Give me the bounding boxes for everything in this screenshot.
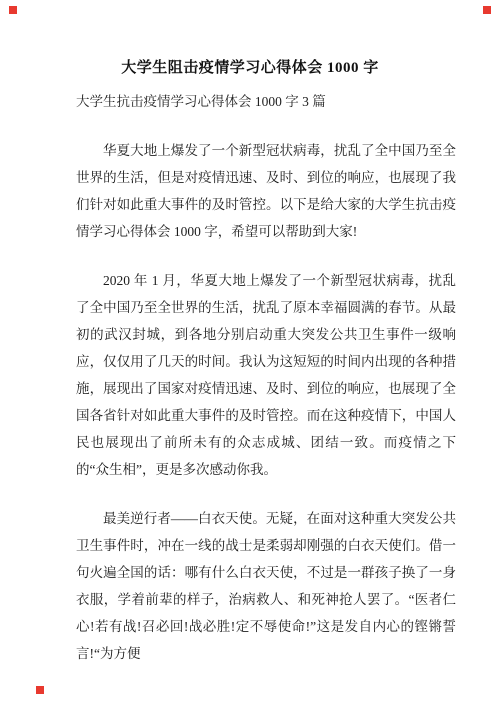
document-title: 大学生阻击疫情学习心得体会 1000 字 xyxy=(0,0,500,80)
document-subtitle: 大学生抗击疫情学习心得体会 1000 字 3 篇 xyxy=(76,88,456,115)
body-paragraph-1: 华夏大地上爆发了一个新型冠状病毒，扰乱了全中国乃至全世界的生活，但是对疫情迅速、… xyxy=(76,137,456,245)
body-paragraph-3: 最美逆行者——白衣天使。无疑，在面对这种重大突发公共卫生事件时，冲在一线的战士是… xyxy=(76,505,456,667)
red-marker-top-left xyxy=(9,6,17,14)
red-marker-top-right xyxy=(483,6,491,14)
document-page: 大学生阻击疫情学习心得体会 1000 字 大学生抗击疫情学习心得体会 1000 … xyxy=(0,0,500,707)
body-paragraph-2: 2020 年 1 月，华夏大地上爆发了一个新型冠状病毒，扰乱了全中国乃至全世界的… xyxy=(76,267,456,483)
red-marker-bottom-left xyxy=(36,686,44,694)
document-body: 大学生抗击疫情学习心得体会 1000 字 3 篇 华夏大地上爆发了一个新型冠状病… xyxy=(76,88,456,667)
